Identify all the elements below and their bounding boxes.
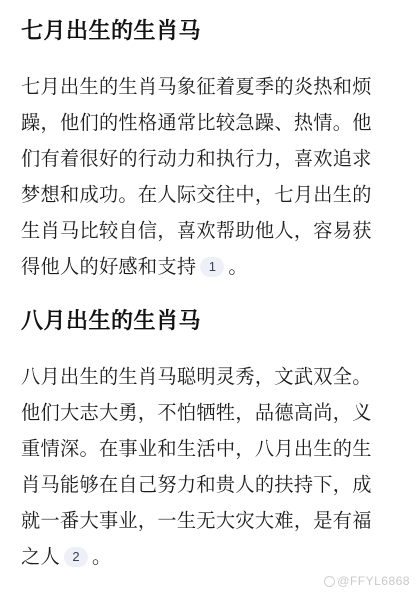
- text-line-last: 之人2。: [21, 539, 405, 575]
- text-line: 肖马能够在自己努力和贵人的扶持下，成: [21, 467, 405, 503]
- weibo-logo-icon: [324, 576, 335, 587]
- trailing-punctuation: 。: [228, 255, 248, 278]
- watermark-text: @FFYL6868: [337, 574, 410, 588]
- watermark: @FFYL6868: [324, 574, 410, 588]
- text-line: 生肖马比较自信，喜欢帮助他人，容易获: [21, 213, 405, 249]
- trailing-punctuation: 。: [92, 545, 112, 568]
- text-line: 躁，他们的性格通常比较急躁、热情。他: [21, 105, 405, 141]
- text-line: 们有着很好的行动力和执行力，喜欢追求: [21, 141, 405, 177]
- citation-badge-2[interactable]: 2: [64, 547, 88, 567]
- article-page: 七月出生的生肖马 七月出生的生肖马象征着夏季的炎热和烦 躁，他们的性格通常比较急…: [0, 0, 420, 600]
- text-fragment: 得他人的好感和支持: [21, 255, 196, 278]
- text-line-last: 得他人的好感和支持1。: [21, 249, 405, 285]
- text-line: 七月出生的生肖马象征着夏季的炎热和烦: [21, 69, 405, 105]
- paragraph-august: 八月出生的生肖马聪明灵秀，文武双全。 他们大志大勇，不怕牺牲，品德高尚，义 重情…: [21, 359, 405, 575]
- section-title-july: 七月出生的生肖马: [21, 18, 201, 46]
- text-line: 重情深。在事业和生活中，八月出生的生: [21, 431, 405, 467]
- text-line: 就一番大事业，一生无大灾大难，是有福: [21, 503, 405, 539]
- text-fragment: 之人: [21, 545, 60, 568]
- text-line: 他们大志大勇，不怕牺牲，品德高尚，义: [21, 395, 405, 431]
- citation-badge-1[interactable]: 1: [200, 257, 224, 277]
- section-title-august: 八月出生的生肖马: [21, 308, 201, 336]
- paragraph-july: 七月出生的生肖马象征着夏季的炎热和烦 躁，他们的性格通常比较急躁、热情。他 们有…: [21, 69, 405, 285]
- text-line: 梦想和成功。在人际交往中，七月出生的: [21, 177, 405, 213]
- text-line: 八月出生的生肖马聪明灵秀，文武双全。: [21, 359, 405, 395]
